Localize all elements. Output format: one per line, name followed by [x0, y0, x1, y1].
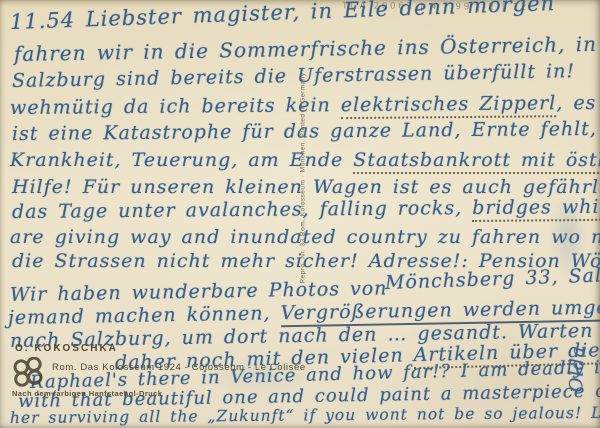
- line-text: Salzburg sind bereits die Uferstrassen ü…: [12, 60, 575, 92]
- line-text-underlined: Staatsbankrott mit östlicher: [353, 149, 600, 174]
- line-text: das Tage unter avalanches, falling rocks…: [12, 197, 472, 223]
- margin-note-vertical: Olda: [566, 345, 589, 392]
- postcard-back: TGA 20062 | 4 | 99 | 2 | 12 11.54 Liebst…: [0, 0, 600, 428]
- artist-name: O. KOKOSCHKA: [15, 343, 118, 354]
- line-text-underlined: bridges which: [472, 196, 600, 222]
- line-text: wehmütig da ich bereits kein: [10, 94, 341, 119]
- handwritten-line: Salzburg sind bereits die Uferstrassen ü…: [12, 60, 575, 92]
- line-text: 11.54 Liebster magister, in Eile denn mo…: [10, 0, 556, 34]
- line-text-underlined: elektrisches Zipperl: [341, 92, 557, 119]
- caption: Rom. Das Kolosseum 1924 - Colosseum - Le…: [52, 362, 306, 373]
- line-text: , es: [556, 92, 596, 114]
- handwritten-line: 11.54 Liebster magister, in Eile denn mo…: [10, 0, 556, 34]
- print-credit: Nach dem farbigen Hanfstaengl-Druck: [12, 389, 162, 398]
- publisher-emblem-icon: [11, 357, 47, 387]
- divider-printed-text: Repro. Nr. 33 Rom, Kolosseum · München. …: [300, 55, 307, 301]
